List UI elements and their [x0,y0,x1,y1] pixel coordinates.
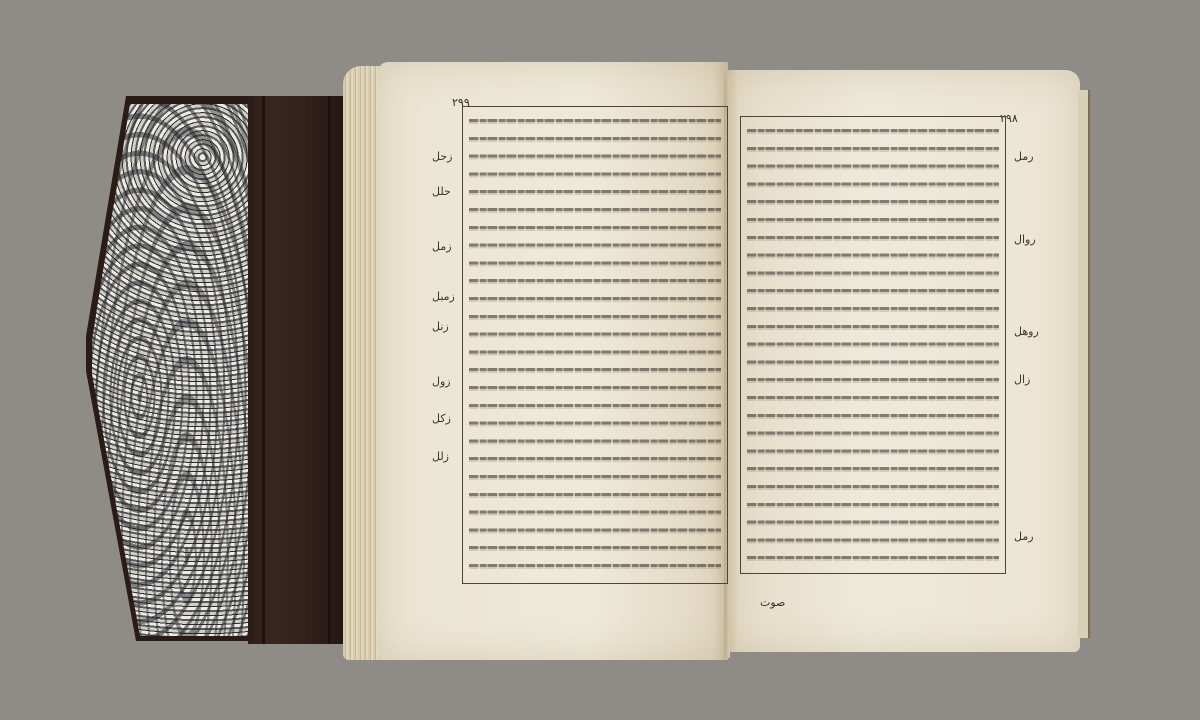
margin-gloss: زمل [432,240,452,253]
margin-gloss: روال [1014,233,1036,246]
margin-gloss: زول [432,375,451,388]
right-page-edge [1078,90,1090,638]
margin-gloss: زنل [432,320,449,333]
cover-groove [328,96,331,644]
catchword: صوت [760,596,785,609]
margin-gloss: زحل [432,150,452,163]
manuscript-photo: ٢٩٩ ٢٩٨ زحلحللزملزمبلزنلزولزكلزلل رملروا… [0,0,1200,720]
margin-gloss: زكل [432,412,451,425]
cover-groove [262,96,265,644]
margin-gloss: رمل [1014,530,1034,543]
right-text-block [740,116,1006,574]
handwritten-text-lines [469,113,721,577]
left-text-block [462,106,728,584]
margin-gloss: زلل [432,450,449,463]
handwritten-text-lines [747,123,999,567]
margin-gloss: روهل [1014,325,1039,338]
margin-gloss: زال [1014,373,1030,386]
margin-gloss: زمبل [432,290,455,303]
margin-gloss: حلل [432,185,451,198]
margin-gloss: رمل [1014,150,1034,163]
